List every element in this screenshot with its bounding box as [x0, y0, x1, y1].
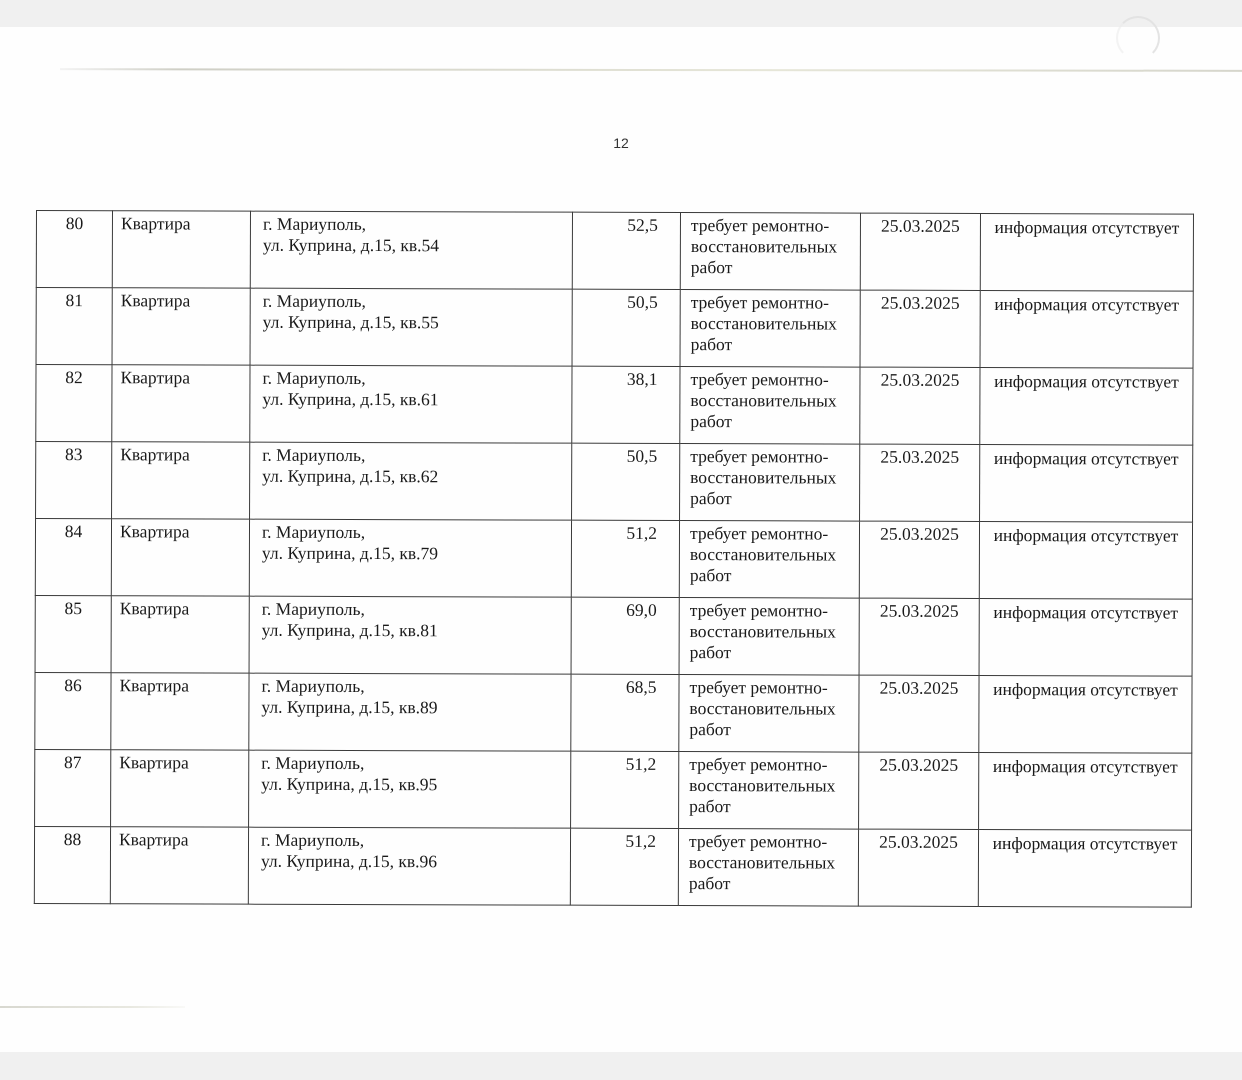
object-address: г. Мариуполь, ул. Куприна, д.15, кв.95: [249, 750, 571, 828]
table-row: 88 Квартира г. Мариуполь, ул. Куприна, д…: [34, 826, 1191, 907]
table-row: 82 Квартира г. Мариуполь, ул. Куприна, д…: [36, 365, 1193, 446]
row-number: 81: [36, 288, 112, 365]
owner-info: информация отсутствует: [980, 213, 1193, 291]
object-address: г. Мариуполь, ул. Куприна, д.15, кв.89: [249, 673, 571, 751]
object-type: Квартира: [112, 288, 250, 365]
inspection-date: 25.03.2025: [859, 521, 979, 598]
document-page: 12 80 Квартира г. Мариуполь, ул. Куприна…: [0, 27, 1242, 1052]
object-condition: требует ремонтно- восстановительных рабо…: [680, 213, 860, 291]
object-address: г. Мариуполь, ул. Куприна, д.15, кв.96: [248, 827, 570, 905]
row-number: 82: [36, 365, 112, 442]
object-address: г. Мариуполь, ул. Куприна, д.15, кв.79: [249, 519, 571, 597]
table-row: 80 Квартира г. Мариуполь, ул. Куприна, д…: [36, 211, 1193, 292]
object-type: Квартира: [112, 211, 250, 288]
property-table: 80 Квартира г. Мариуполь, ул. Куприна, д…: [34, 210, 1194, 908]
object-area: 51,2: [571, 520, 679, 597]
inspection-date: 25.03.2025: [860, 367, 980, 444]
object-area: 38,1: [572, 366, 680, 443]
inspection-date: 25.03.2025: [860, 213, 980, 290]
table-row: 87 Квартира г. Мариуполь, ул. Куприна, д…: [35, 749, 1192, 830]
row-number: 80: [36, 211, 112, 288]
object-type: Квартира: [111, 596, 249, 673]
row-number: 86: [35, 672, 111, 749]
table-row: 85 Квартира г. Мариуполь, ул. Куприна, д…: [35, 595, 1192, 676]
object-type: Квартира: [112, 442, 250, 519]
object-type: Квартира: [111, 519, 249, 596]
object-condition: требует ремонтно- восстановительных рабо…: [679, 598, 859, 676]
owner-info: информация отсутствует: [979, 598, 1192, 676]
object-condition: требует ремонтно- восстановительных рабо…: [680, 290, 860, 368]
page-number: 12: [0, 135, 1242, 151]
object-type: Квартира: [111, 673, 249, 750]
object-area: 51,2: [570, 828, 678, 905]
object-area: 69,0: [571, 597, 679, 674]
row-number: 83: [36, 442, 112, 519]
owner-info: информация отсутствует: [980, 444, 1193, 522]
object-condition: требует ремонтно- восстановительных рабо…: [678, 829, 858, 907]
object-address: г. Мариуполь, ул. Куприна, д.15, кв.61: [250, 365, 572, 443]
inspection-date: 25.03.2025: [860, 444, 980, 521]
object-area: 51,2: [571, 751, 679, 828]
object-type: Квартира: [110, 827, 248, 904]
object-condition: требует ремонтно- восстановительных рабо…: [679, 752, 859, 830]
object-condition: требует ремонтно- восстановительных рабо…: [679, 521, 859, 599]
row-number: 84: [35, 519, 111, 596]
owner-info: информация отсутствует: [979, 752, 1192, 830]
object-address: г. Мариуполь, ул. Куприна, д.15, кв.55: [250, 288, 572, 366]
object-area: 50,5: [572, 289, 680, 366]
table-row: 86 Квартира г. Мариуполь, ул. Куприна, д…: [35, 672, 1192, 753]
object-condition: требует ремонтно- восстановительных рабо…: [679, 675, 859, 753]
corner-ring-icon: [1116, 16, 1160, 60]
object-condition: требует ремонтно- восстановительных рабо…: [680, 367, 860, 445]
object-address: г. Мариуполь, ул. Куприна, д.15, кв.81: [249, 596, 571, 674]
object-condition: требует ремонтно- восстановительных рабо…: [680, 444, 860, 522]
table-row: 84 Квартира г. Мариуполь, ул. Куприна, д…: [35, 519, 1192, 600]
owner-info: информация отсутствует: [978, 829, 1191, 907]
table-row: 81 Квартира г. Мариуполь, ул. Куприна, д…: [36, 288, 1193, 369]
object-address: г. Мариуполь, ул. Куприна, д.15, кв.62: [250, 442, 572, 520]
object-address: г. Мариуполь, ул. Куприна, д.15, кв.54: [250, 211, 572, 289]
owner-info: информация отсутствует: [980, 290, 1193, 368]
table-row: 83 Квартира г. Мариуполь, ул. Куприна, д…: [36, 442, 1193, 523]
object-area: 68,5: [571, 674, 679, 751]
object-area: 50,5: [572, 443, 680, 520]
object-type: Квартира: [111, 750, 249, 827]
bottom-rule: [0, 1006, 185, 1008]
row-number: 85: [35, 595, 111, 672]
owner-info: информация отсутствует: [979, 675, 1192, 753]
inspection-date: 25.03.2025: [859, 598, 979, 675]
row-number: 87: [35, 749, 111, 826]
inspection-date: 25.03.2025: [858, 829, 978, 906]
top-rule: [60, 68, 1242, 72]
inspection-date: 25.03.2025: [860, 290, 980, 367]
row-number: 88: [34, 826, 110, 903]
inspection-date: 25.03.2025: [859, 752, 979, 829]
owner-info: информация отсутствует: [980, 367, 1193, 445]
owner-info: информация отсутствует: [979, 521, 1192, 599]
object-area: 52,5: [572, 212, 680, 289]
inspection-date: 25.03.2025: [859, 675, 979, 752]
object-type: Квартира: [112, 365, 250, 442]
